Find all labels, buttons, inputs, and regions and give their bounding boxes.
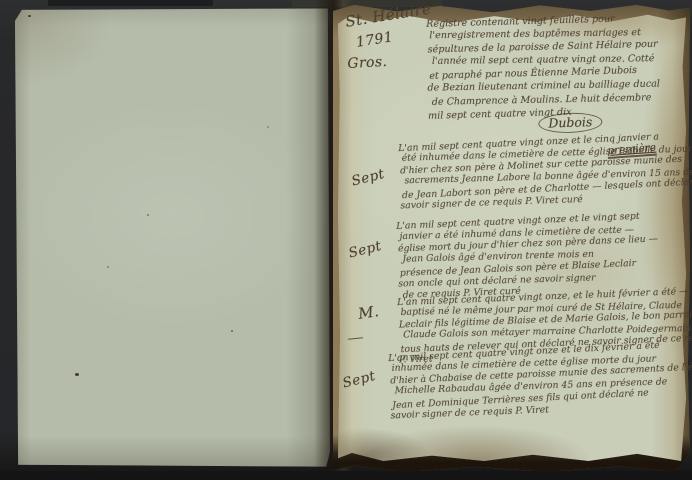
margin-label-mariage: M. xyxy=(357,302,380,323)
scan-background-patch xyxy=(48,0,213,6)
left-blank-page xyxy=(15,8,330,468)
paper-speck xyxy=(267,126,269,128)
corner-note-abbrev: Gros. xyxy=(347,54,388,72)
register-entry-4: L'an mil sept cent quatre vingt onze et … xyxy=(388,338,692,422)
paper-speck xyxy=(28,15,31,17)
scan-bottom-strip xyxy=(0,471,692,480)
paper-speck xyxy=(147,214,149,216)
paper-speck xyxy=(75,373,79,376)
paper-speck xyxy=(231,330,233,332)
manuscript-book-scan: St. Hélaire 1791 Gros. Registre contenan… xyxy=(0,0,692,480)
register-entry-1: L'an mil sept cent quatre vingt onze et … xyxy=(398,129,692,212)
paper-speck xyxy=(107,266,109,268)
register-header-paragraph: Registre contenant vingt feuillets pourl… xyxy=(426,12,661,122)
